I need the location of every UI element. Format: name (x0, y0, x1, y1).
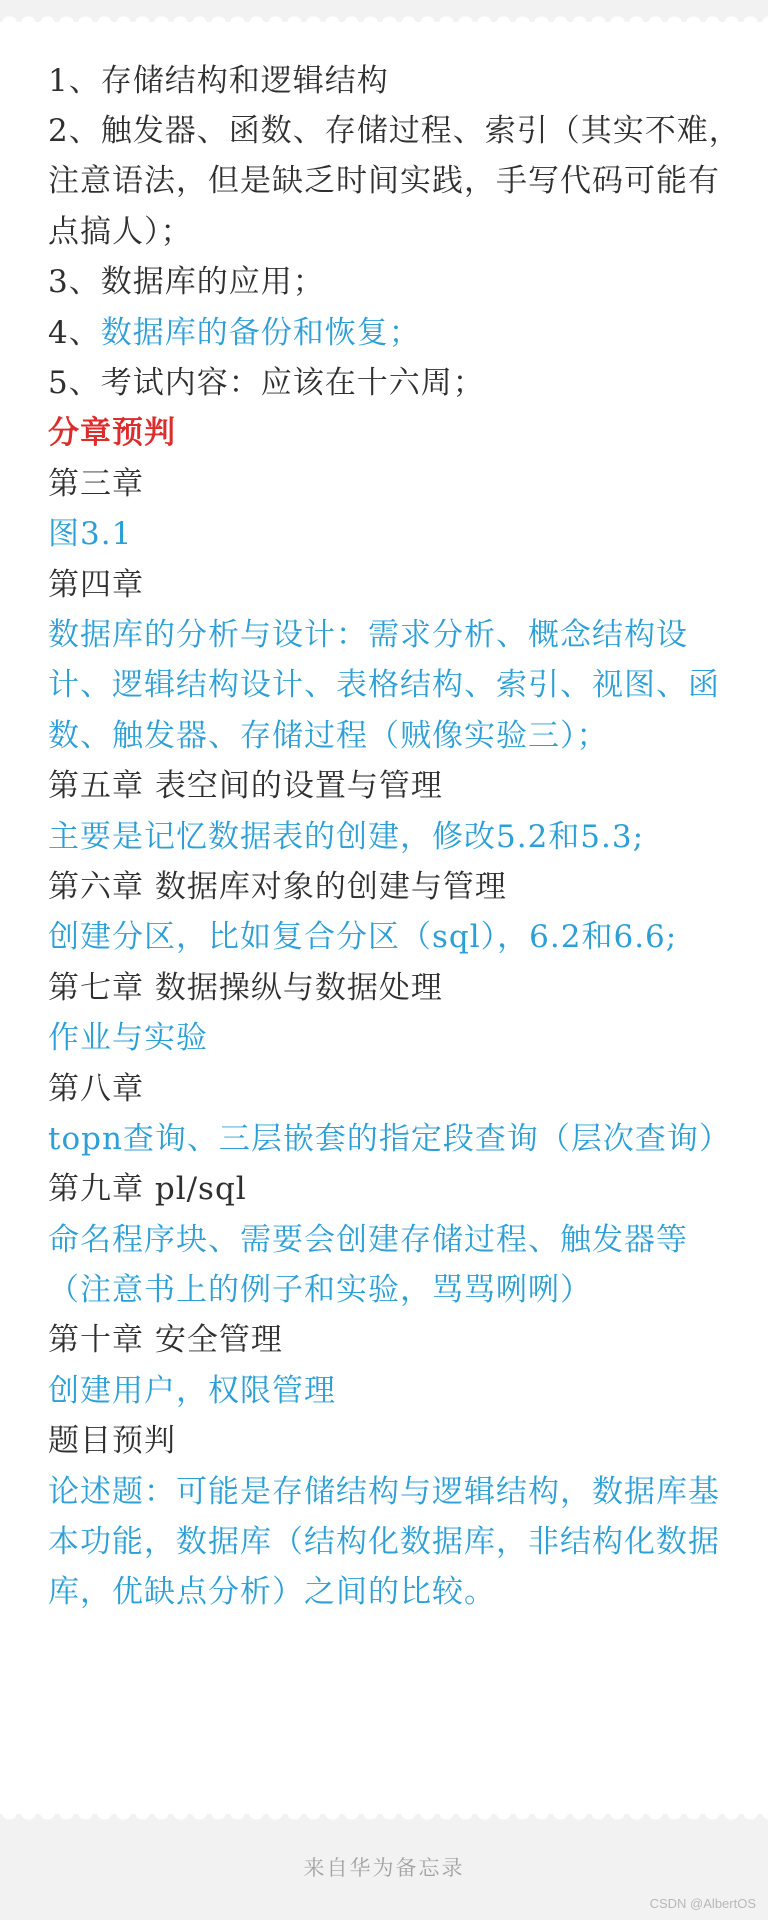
note-text-segment: 2、触发器、函数、存储过程、索引（其实不难， (48, 105, 741, 150)
note-line: 创建用户，权限管理 (48, 1362, 738, 1412)
note-line: 5、考试内容：应该在十六周； (48, 354, 738, 404)
note-text-segment: 第七章 数据操纵与数据处理 (48, 962, 443, 1007)
note-text-segment: 5、考试内容：应该在十六周； (48, 357, 485, 402)
note-line: 主要是记忆数据表的创建，修改5.2和5.3; (48, 808, 738, 858)
note-line: 点搞人）； (48, 203, 738, 253)
note-text-segment: 计、逻辑结构设计、表格结构、索引、视图、函 (48, 659, 720, 704)
note-text-segment: 论述题：可能是存储结构与逻辑结构，数据库基 (48, 1466, 720, 1511)
note-line: 分章预判 (48, 405, 738, 455)
note-line: 图3.1 (48, 506, 738, 556)
note-line: 创建分区，比如复合分区（sql），6.2和6.6; (48, 909, 738, 959)
note-text-segment: 数、触发器、存储过程（贼像实验三）； (48, 710, 609, 755)
note-text-segment: 数据库的备份和恢复； (101, 307, 421, 352)
note-line: 库，优缺点分析）之间的比较。 (48, 1564, 738, 1614)
note-text-segment: topn查询、三层嵌套的指定段查询（层次查询） (48, 1113, 731, 1158)
note-line: 2、触发器、函数、存储过程、索引（其实不难， (48, 102, 738, 152)
note-line: （注意书上的例子和实验，骂骂咧咧） (48, 1261, 738, 1311)
note-line: 计、逻辑结构设计、表格结构、索引、视图、函 (48, 657, 738, 707)
note-line: 1、存储结构和逻辑结构 (48, 52, 738, 102)
note-line: 注意语法，但是缺乏时间实践，手写代码可能有 (48, 153, 738, 203)
note-line: 数、触发器、存储过程（贼像实验三）； (48, 707, 738, 757)
note-text-segment: 创建用户，权限管理 (48, 1365, 336, 1410)
note-line: 作业与实验 (48, 1009, 738, 1059)
note-text-segment: 第四章 (48, 559, 144, 604)
note-text-segment: 创建分区，比如复合分区（sql），6.2和6.6; (48, 911, 677, 956)
note-body: 1、存储结构和逻辑结构2、触发器、函数、存储过程、索引（其实不难，注意语法，但是… (48, 52, 738, 1614)
note-text-segment: 1、存储结构和逻辑结构 (48, 55, 389, 100)
note-text-segment: 题目预判 (48, 1415, 176, 1460)
note-text-segment: 注意语法，但是缺乏时间实践，手写代码可能有 (48, 155, 720, 200)
note-line: 本功能，数据库（结构化数据库，非结构化数据 (48, 1513, 738, 1563)
note-line: 数据库的分析与设计：需求分析、概念结构设 (48, 606, 738, 656)
note-text-segment: 点搞人）； (48, 206, 193, 251)
note-text-segment: 图3.1 (48, 508, 132, 553)
note-text-segment: 4、 (48, 307, 101, 352)
note-text-segment: 分章预判 (48, 407, 176, 452)
note-line: 第三章 (48, 455, 738, 505)
note-text-segment: 作业与实验 (48, 1012, 208, 1057)
note-text-segment: 本功能，数据库（结构化数据库，非结构化数据 (48, 1516, 720, 1561)
note-text-segment: 第九章 pl/sql (48, 1163, 247, 1208)
note-text-segment: 第八章 (48, 1063, 144, 1108)
note-line: 第六章 数据库对象的创建与管理 (48, 858, 738, 908)
note-line: 第十章 安全管理 (48, 1312, 738, 1362)
note-text-segment: 库，优缺点分析）之间的比较。 (48, 1566, 496, 1611)
note-text-segment: 3、数据库的应用； (48, 256, 325, 301)
note-line: 命名程序块、需要会创建存储过程、触发器等 (48, 1211, 738, 1261)
torn-edge-top (0, 13, 768, 22)
note-text-segment: 第十章 安全管理 (48, 1314, 283, 1359)
note-line: 第四章 (48, 556, 738, 606)
note-text-segment: （注意书上的例子和实验，骂骂咧咧） (48, 1264, 592, 1309)
note-text-segment: 第六章 数据库对象的创建与管理 (48, 861, 507, 906)
note-text-segment: 数据库的分析与设计：需求分析、概念结构设 (48, 609, 688, 654)
note-line: 第八章 (48, 1060, 738, 1110)
note-text-segment: 第五章 表空间的设置与管理 (48, 760, 443, 805)
note-text-segment: 命名程序块、需要会创建存储过程、触发器等 (48, 1214, 688, 1259)
note-line: 第五章 表空间的设置与管理 (48, 757, 738, 807)
note-line: 第九章 pl/sql (48, 1161, 738, 1211)
note-line: 论述题：可能是存储结构与逻辑结构，数据库基 (48, 1463, 738, 1513)
note-line: topn查询、三层嵌套的指定段查询（层次查询） (48, 1110, 738, 1160)
torn-edge-bottom (0, 1814, 768, 1823)
memo-screenshot: 1、存储结构和逻辑结构2、触发器、函数、存储过程、索引（其实不难，注意语法，但是… (0, 0, 768, 1920)
footer-source-label: 来自华为备忘录 (0, 1852, 768, 1882)
note-line: 题目预判 (48, 1413, 738, 1463)
note-line: 4、数据库的备份和恢复； (48, 304, 738, 354)
csdn-watermark: CSDN @AlbertOS (650, 1896, 756, 1911)
note-line: 3、数据库的应用； (48, 254, 738, 304)
note-text-segment: 主要是记忆数据表的创建，修改5.2和5.3; (48, 811, 644, 856)
note-text-segment: 第三章 (48, 458, 144, 503)
note-line: 第七章 数据操纵与数据处理 (48, 959, 738, 1009)
